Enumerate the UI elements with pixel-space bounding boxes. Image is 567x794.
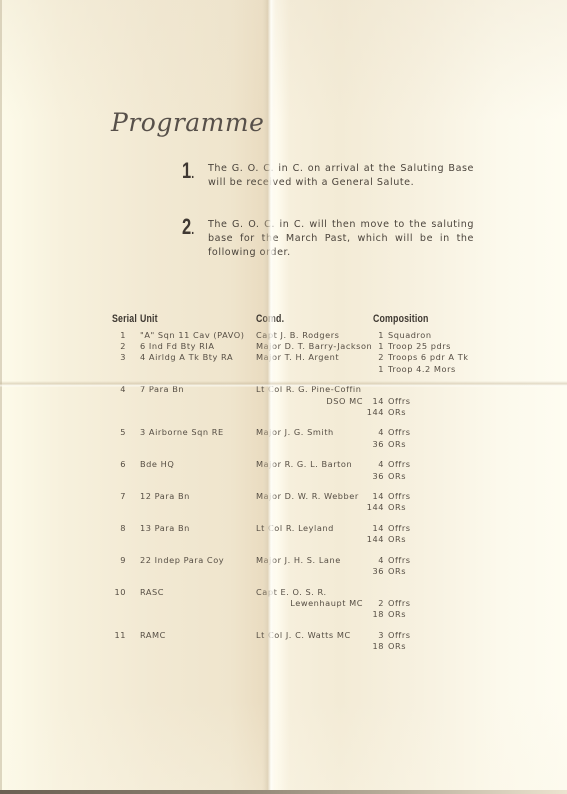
header-composition: Composition xyxy=(373,313,429,325)
unit-cell: Bde HQ xyxy=(140,459,174,469)
composition-desc: Offrs xyxy=(388,459,411,469)
serial-cell: 8 xyxy=(108,523,126,533)
comd-cell: Lt Col J. C. Watts MC xyxy=(256,630,351,640)
composition-desc: Offrs xyxy=(388,491,411,501)
comd-cell-cont: Lewenhaupt MC xyxy=(256,598,363,608)
header-serial: Serial xyxy=(112,313,137,325)
composition-desc: Troops 6 pdr A Tk xyxy=(388,352,469,362)
composition-desc: ORs xyxy=(388,534,406,544)
composition-count: 144 xyxy=(366,534,384,544)
composition-count: 4 xyxy=(366,459,384,469)
composition-desc: ORs xyxy=(388,439,406,449)
composition-count: 36 xyxy=(366,439,384,449)
composition-count: 1 xyxy=(366,330,384,340)
programme-page: Programme 1. The G. O. C. in C. on arriv… xyxy=(0,0,567,794)
composition-desc: Offrs xyxy=(388,523,411,533)
composition-count: 3 xyxy=(366,630,384,640)
composition-count: 14 xyxy=(366,523,384,533)
composition-count: 14 xyxy=(366,396,384,406)
comd-cell: Major D. W. R. Webber xyxy=(256,491,359,501)
composition-desc: ORs xyxy=(388,609,406,619)
composition-count: 18 xyxy=(366,641,384,651)
programme-item-2: 2. The G. O. C. in C. will then move to … xyxy=(182,218,474,260)
composition-desc: Offrs xyxy=(388,555,411,565)
unit-cell: 22 Indep Para Coy xyxy=(140,555,224,565)
page-edge xyxy=(0,0,2,794)
composition-desc: ORs xyxy=(388,641,406,651)
composition-desc: Offrs xyxy=(388,598,411,608)
unit-cell: 12 Para Bn xyxy=(140,491,190,501)
item-text: The G. O. C. in C. on arrival at the Sal… xyxy=(208,162,474,190)
unit-cell: RASC xyxy=(140,587,164,597)
composition-count: 144 xyxy=(366,502,384,512)
comd-cell: Lt Col R. G. Pine-Coffin xyxy=(256,384,362,394)
serial-cell: 6 xyxy=(108,459,126,469)
comd-cell-cont: DSO MC xyxy=(256,396,363,406)
composition-desc: Offrs xyxy=(388,396,411,406)
comd-cell: Capt E. O. S. R. xyxy=(256,587,327,597)
serial-cell: 4 xyxy=(108,384,126,394)
serial-cell: 3 xyxy=(108,352,126,362)
serial-cell: 10 xyxy=(108,587,126,597)
serial-cell: 7 xyxy=(108,491,126,501)
composition-count: 144 xyxy=(366,407,384,417)
unit-cell: RAMC xyxy=(140,630,166,640)
composition-count: 1 xyxy=(366,341,384,351)
composition-desc: Squadron xyxy=(388,330,432,340)
unit-cell: 4 Airldg A Tk Bty RA xyxy=(140,352,233,362)
serial-cell: 1 xyxy=(108,330,126,340)
unit-cell: 3 Airborne Sqn RE xyxy=(140,427,224,437)
header-unit: Unit xyxy=(140,313,158,325)
composition-desc: Offrs xyxy=(388,630,411,640)
unit-cell: 6 Ind Fd Bty RIA xyxy=(140,341,215,351)
item-number: 1. xyxy=(182,158,194,184)
serial-cell: 2 xyxy=(108,341,126,351)
unit-cell: 7 Para Bn xyxy=(140,384,184,394)
composition-desc: ORs xyxy=(388,407,406,417)
composition-count: 4 xyxy=(366,555,384,565)
comd-cell: Major T. H. Argent xyxy=(256,352,339,362)
serial-cell: 5 xyxy=(108,427,126,437)
header-comd: Comd. xyxy=(256,313,284,325)
composition-count: 4 xyxy=(366,427,384,437)
unit-cell: "A" Sqn 11 Cav (PAVO) xyxy=(140,330,244,340)
composition-desc: Troop 25 pdrs xyxy=(388,341,451,351)
comd-cell: Lt Col R. Leyland xyxy=(256,523,334,533)
composition-count: 2 xyxy=(366,598,384,608)
composition-desc: ORs xyxy=(388,471,406,481)
composition-desc: ORs xyxy=(388,566,406,576)
composition-desc: ORs xyxy=(388,502,406,512)
comd-cell: Major J. H. S. Lane xyxy=(256,555,341,565)
comd-cell: Major R. G. L. Barton xyxy=(256,459,352,469)
item-number: 2. xyxy=(182,214,194,240)
page-title: Programme xyxy=(111,108,264,137)
page-bottom-edge xyxy=(0,790,567,794)
comd-cell: Major J. G. Smith xyxy=(256,427,334,437)
comd-cell: Capt J. B. Rodgers xyxy=(256,330,339,340)
composition-count: 14 xyxy=(366,491,384,501)
composition-count: 36 xyxy=(366,566,384,576)
composition-desc: Offrs xyxy=(388,427,411,437)
item-text: The G. O. C. in C. will then move to the… xyxy=(208,218,474,260)
composition-count: 36 xyxy=(366,471,384,481)
serial-cell: 9 xyxy=(108,555,126,565)
composition-count: 1 xyxy=(366,364,384,374)
serial-cell: 11 xyxy=(108,630,126,640)
composition-count: 18 xyxy=(366,609,384,619)
comd-cell: Major D. T. Barry-Jackson xyxy=(256,341,372,351)
composition-count: 2 xyxy=(366,352,384,362)
unit-cell: 13 Para Bn xyxy=(140,523,190,533)
composition-desc: Troop 4.2 Mors xyxy=(388,364,456,374)
programme-item-1: 1. The G. O. C. in C. on arrival at the … xyxy=(182,162,474,190)
